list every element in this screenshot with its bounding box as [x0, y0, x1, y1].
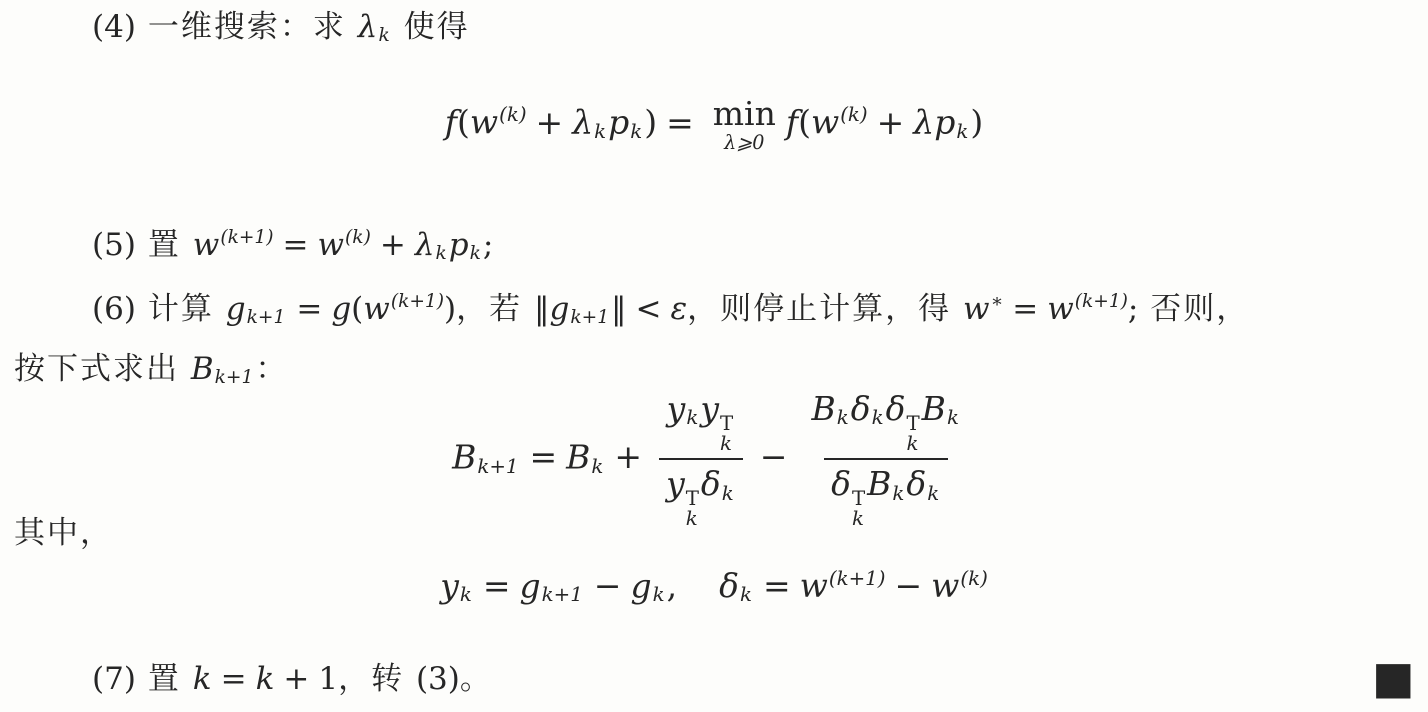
- step-6-text-2: ，若: [456, 291, 534, 327]
- fraction-numerator: ykyTk: [660, 390, 743, 458]
- var-k: k: [193, 661, 212, 697]
- subsup-Tk: Tk: [852, 489, 865, 529]
- op-plus: +: [614, 437, 642, 476]
- op-plus: +: [283, 661, 309, 697]
- var-w: w: [1047, 291, 1074, 327]
- sub-k: k: [740, 583, 752, 606]
- sub-k: k: [630, 120, 642, 143]
- bfgs-update-formula: Bk+1=Bk+ykyTkyTkδk−BkδkδTkBkδTkBkδk: [0, 390, 1428, 529]
- step-6-text-1: 计算: [148, 291, 226, 327]
- sub-k: k: [947, 406, 959, 429]
- op-minus: −: [894, 566, 922, 605]
- step-6-line-2: 按下式求出 Bk+1：: [14, 346, 288, 393]
- var-lambda: λ: [913, 103, 934, 142]
- sup-k: (k): [840, 103, 867, 126]
- sup-k1: (k+1): [1075, 291, 1128, 312]
- subsup-Tk: Tk: [720, 414, 733, 454]
- sub-k: k: [892, 482, 904, 505]
- step-5-line: (5)置 w(k+1)=w(k)+λkpk;: [92, 222, 493, 269]
- min-operator: minλ⩾0: [713, 96, 776, 153]
- var-g: g: [549, 291, 569, 327]
- rparen: ): [644, 103, 657, 142]
- sup-k: (k): [345, 227, 371, 248]
- var-y: y: [666, 464, 685, 503]
- var-B: B: [452, 437, 476, 476]
- step-3-reference: (3): [416, 661, 460, 697]
- sub-k1: k+1: [477, 455, 518, 478]
- semicolon: ;: [1128, 291, 1138, 327]
- step-4-text-tail: 使得: [392, 9, 470, 45]
- fraction-denominator: yTkδk: [659, 458, 743, 528]
- step-6-number: (6): [92, 291, 136, 327]
- op-equals: =: [221, 661, 247, 697]
- lparen: (: [798, 103, 811, 142]
- definitions-formula: yk=gk+1−gk,δk=w(k+1)−w(k): [0, 566, 1428, 606]
- op-minus: −: [594, 566, 622, 605]
- sub-k: k: [470, 243, 481, 264]
- step-5-number: (5): [92, 227, 136, 263]
- var-f: f: [445, 103, 457, 142]
- var-g: g: [226, 291, 246, 327]
- var-g: g: [630, 566, 651, 605]
- sub-k1: k+1: [570, 307, 609, 328]
- comma: ,: [667, 566, 678, 605]
- sup-k: (k): [960, 567, 987, 590]
- sub-k: k: [722, 482, 734, 505]
- var-B: B: [867, 464, 891, 503]
- where-line: 其中，: [14, 510, 113, 557]
- step-6-text-4: 否则，: [1138, 291, 1249, 327]
- sub-k: k: [378, 25, 389, 46]
- op-less-than: <: [636, 291, 662, 327]
- rparen: ): [444, 291, 456, 327]
- norm-bar: ‖: [534, 291, 550, 327]
- var-w: w: [800, 566, 828, 605]
- line-search-formula: f(w(k)+λkpk)=minλ⩾0f(w(k)+λpk): [0, 96, 1428, 153]
- sub-k1: k+1: [542, 583, 583, 606]
- sup-k1: (k+1): [220, 227, 273, 248]
- op-minus: −: [760, 437, 788, 476]
- op-plus: +: [536, 103, 564, 142]
- op-plus: +: [877, 103, 905, 142]
- rparen: ): [970, 103, 983, 142]
- fraction-BddB: BkδkδTkBkδTkBkδk: [804, 390, 967, 529]
- sub-k: k: [686, 406, 698, 429]
- subsup-Tk: Tk: [906, 414, 919, 454]
- step-7-line: (7)置 k=k+1，转 (3)。: [92, 656, 493, 703]
- var-w: w: [963, 291, 990, 327]
- fraction-denominator: δTkBkδk: [824, 458, 948, 528]
- sub-k: k: [837, 406, 849, 429]
- semicolon: ;: [483, 227, 493, 263]
- var-lambda: λ: [358, 9, 378, 45]
- var-p: p: [934, 103, 955, 142]
- op-equals: =: [666, 103, 694, 142]
- sub-k: k: [906, 434, 918, 454]
- sub-k: k: [956, 120, 968, 143]
- sub-k: k: [594, 120, 606, 143]
- subsup-Tk: Tk: [686, 489, 699, 529]
- step-4-text-lead: 一维搜索：求: [148, 9, 358, 45]
- var-w: w: [931, 566, 959, 605]
- var-B: B: [566, 437, 590, 476]
- step-4-number: (4): [92, 9, 136, 45]
- var-delta: δ: [851, 389, 871, 428]
- var-delta: δ: [906, 464, 926, 503]
- var-g: g: [331, 291, 351, 327]
- sub-k: k: [720, 434, 732, 454]
- sub-k: k: [927, 482, 939, 505]
- step-6-text-5: 按下式求出: [14, 351, 191, 387]
- sub-k: k: [872, 406, 884, 429]
- sup-star: ∗: [991, 291, 1004, 312]
- sub-k: k: [686, 509, 698, 529]
- var-lambda: λ: [415, 227, 435, 263]
- number-one: 1: [318, 661, 338, 697]
- var-B: B: [811, 389, 835, 428]
- var-w: w: [811, 103, 839, 142]
- sup-T: T: [906, 414, 919, 434]
- var-lambda: λ: [572, 103, 593, 142]
- var-delta: δ: [886, 389, 906, 428]
- var-delta: δ: [831, 464, 851, 503]
- lparen: (: [351, 291, 363, 327]
- fraction-yy: ykyTkyTkδk: [659, 390, 743, 529]
- sub-k1: k+1: [215, 367, 254, 388]
- step-7-number: (7): [92, 661, 136, 697]
- op-equals: =: [483, 566, 511, 605]
- lparen: (: [457, 103, 470, 142]
- var-w: w: [318, 227, 345, 263]
- var-f: f: [786, 103, 798, 142]
- var-B: B: [191, 351, 214, 387]
- where-text: 其中，: [14, 515, 113, 551]
- op-equals: =: [1012, 291, 1038, 327]
- var-delta: δ: [719, 566, 739, 605]
- step-6-line-1: (6)计算 gk+1=g(w(k+1))，若 ‖gk+1‖<ε，则停止计算，得 …: [92, 286, 1249, 333]
- op-equals: =: [283, 227, 309, 263]
- var-g: g: [520, 566, 541, 605]
- op-equals: =: [296, 291, 322, 327]
- sub-k: k: [852, 509, 864, 529]
- sub-k1: k+1: [247, 307, 286, 328]
- qed-square: ■: [1372, 662, 1415, 694]
- sub-k: k: [460, 583, 472, 606]
- sup-k: (k): [499, 103, 526, 126]
- op-equals: =: [763, 566, 791, 605]
- sup-k1: (k+1): [829, 567, 886, 590]
- var-k: k: [256, 661, 275, 697]
- var-w: w: [470, 103, 498, 142]
- step-4-line: (4)一维搜索：求 λk 使得: [92, 4, 470, 51]
- var-w: w: [193, 227, 220, 263]
- var-delta: δ: [701, 464, 721, 503]
- sub-k: k: [591, 455, 603, 478]
- step-7-text-2: ，转: [338, 661, 416, 697]
- sub-k: k: [435, 243, 446, 264]
- step-6-colon: ：: [255, 351, 288, 387]
- step-7-period: 。: [460, 661, 493, 697]
- var-y: y: [440, 566, 459, 605]
- min-label: min: [713, 96, 776, 132]
- fraction-numerator: BkδkδTkBk: [804, 390, 967, 458]
- step-5-text: 置: [148, 227, 193, 263]
- var-y: y: [667, 389, 686, 428]
- sup-T: T: [720, 414, 733, 434]
- sub-k: k: [653, 583, 665, 606]
- op-equals: =: [529, 437, 557, 476]
- var-p: p: [608, 103, 629, 142]
- step-6-text-3: ，则停止计算，得: [687, 291, 963, 327]
- var-w: w: [363, 291, 390, 327]
- op-plus: +: [380, 227, 406, 263]
- var-p: p: [449, 227, 469, 263]
- sup-k1: (k+1): [391, 291, 444, 312]
- min-constraint: λ⩾0: [724, 132, 764, 153]
- norm-bar: ‖: [611, 291, 627, 327]
- step-7-text-1: 置: [148, 661, 193, 697]
- var-epsilon: ε: [671, 291, 688, 327]
- var-B: B: [922, 389, 946, 428]
- var-y: y: [700, 389, 719, 428]
